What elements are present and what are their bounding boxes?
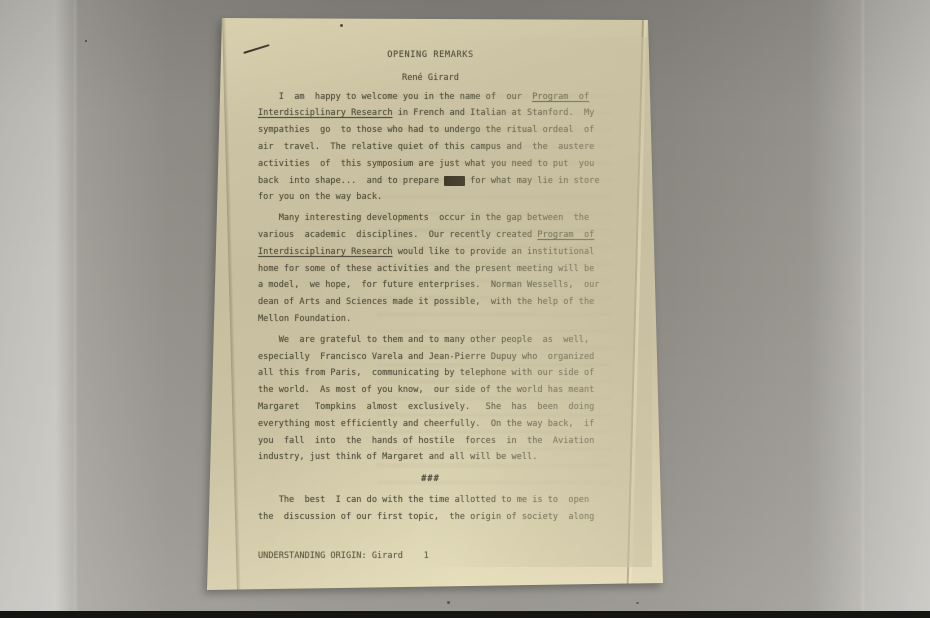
typewritten-text: OPENING REMARKS René Girard I am happy t…	[258, 17, 603, 564]
document-page: OPENING REMARKS René Girard I am happy t…	[207, 17, 665, 593]
body-line: We are grateful to them and to many othe…	[258, 332, 603, 349]
backdrop-seam-left	[74, 0, 76, 611]
underlined-phrase: Interdisciplinary Research	[258, 247, 393, 257]
paragraph: I am happy to welcome you in the name of…	[258, 89, 603, 207]
ink-speck	[447, 601, 450, 604]
body-line: for you on the way back.	[258, 189, 603, 206]
body-line: air travel. The relative quiet of this c…	[258, 139, 603, 156]
paragraph: We are grateful to them and to many othe…	[258, 332, 603, 466]
paper-sheet: OPENING REMARKS René Girard I am happy t…	[207, 17, 665, 593]
body-line: The best I can do with the time allotted…	[258, 492, 603, 509]
paragraph: Many interesting developments occur in t…	[258, 210, 603, 328]
stacked-sheet-edge	[629, 19, 647, 591]
underlined-phrase: Interdisciplinary Research	[258, 108, 393, 118]
body-line: you fall into the hands of hostile force…	[258, 433, 603, 450]
running-footer: UNDERSTANDING ORIGIN: Girard 1	[258, 548, 603, 565]
body-line: Margaret Tompkins almost exclusively. Sh…	[258, 399, 603, 416]
paper-left-edge-shadow	[222, 18, 241, 592]
ink-speck	[85, 40, 87, 42]
body-line: Mellon Foundation.	[258, 311, 603, 328]
page-title: OPENING REMARKS	[258, 47, 603, 64]
underlined-phrase: Program of	[532, 92, 589, 102]
body-line: Many interesting developments occur in t…	[258, 210, 603, 227]
body-line: all this from Paris, communicating by te…	[258, 365, 603, 382]
body-line: Interdisciplinary Research in French and…	[258, 105, 603, 122]
body-line: the world. As most of you know, our side…	[258, 382, 603, 399]
underlined-phrase: Program of	[537, 230, 594, 240]
body-line: especially Francisco Varela and Jean-Pie…	[258, 349, 603, 366]
body-line: dean of Arts and Sciences made it possib…	[258, 294, 603, 311]
byline: René Girard	[258, 70, 603, 87]
body-line: industry, just think of Margaret and all…	[258, 449, 603, 466]
section-separator: ###	[258, 471, 603, 488]
body-line: everything most efficiently and cheerful…	[258, 416, 603, 433]
body-line: a model, we hope, for future enterprises…	[258, 277, 603, 294]
paragraph: The best I can do with the time allotted…	[258, 492, 603, 526]
ink-speck	[340, 24, 343, 27]
redacted-word: xxxx	[444, 176, 465, 186]
body-line: activities of this symposium are just wh…	[258, 156, 603, 173]
stacked-sheet-edge-shadow	[626, 19, 643, 591]
body-line: I am happy to welcome you in the name of…	[258, 89, 603, 106]
backdrop-seam-right	[862, 0, 864, 611]
photo-bottom-black-strip	[0, 611, 930, 618]
document-body: I am happy to welcome you in the name of…	[258, 89, 603, 526]
body-line: sympathies go to those who had to underg…	[258, 122, 603, 139]
body-line: back into shape... and to prepare xxxx f…	[258, 173, 603, 190]
body-line: home for some of these activities and th…	[258, 261, 603, 278]
body-line: the discussion of our first topic, the o…	[258, 509, 603, 526]
ink-speck	[636, 602, 639, 604]
body-line: Interdisciplinary Research would like to…	[258, 244, 603, 261]
body-line: various academic disciplines. Our recent…	[258, 227, 603, 244]
